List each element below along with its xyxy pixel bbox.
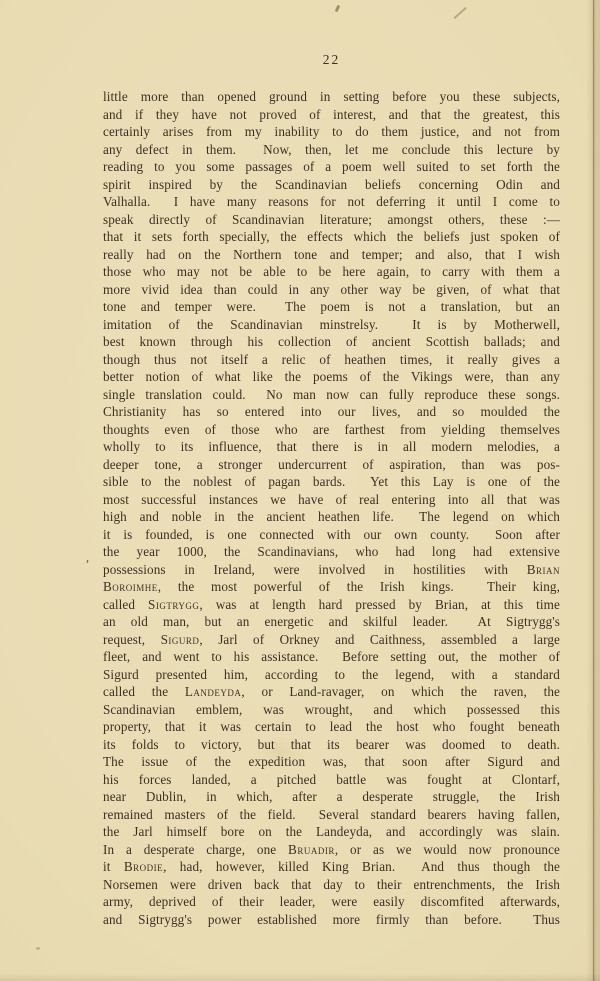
text-line: called Sigtrygg, was at length hard pres… xyxy=(103,596,560,614)
page-bottom-shadow xyxy=(0,973,600,981)
text-line: most successful instances we have of rea… xyxy=(103,491,560,509)
text-line: certainly arises from my inability to do… xyxy=(103,123,560,141)
text-line: it is founded, is one connected with our… xyxy=(103,526,560,544)
small-caps-word: Landeyda xyxy=(185,684,242,699)
text-line: an old man, but an energetic and skilful… xyxy=(103,613,560,631)
text-line: remained masters of the field. Several s… xyxy=(103,806,560,824)
small-caps-word: Brian xyxy=(527,562,560,577)
text-line: better notion of what like the poems of … xyxy=(103,368,560,386)
text-line: possessions in Ireland, were involved in… xyxy=(103,561,560,579)
text-line: property, that it was certain to lead th… xyxy=(103,718,560,736)
text-line: single translation could. No man now can… xyxy=(103,386,560,404)
text-line: those who may not be able to be here aga… xyxy=(103,263,560,281)
text-line: spirit inspired by the Scandinavian beli… xyxy=(103,176,560,194)
text-line: Christianity has so entered into our liv… xyxy=(103,403,560,421)
text-line: thoughts even of those who are farthest … xyxy=(103,421,560,439)
text-line: fleet, and went to his assistance. Befor… xyxy=(103,648,560,666)
text-line: The issue of the expedition was, that so… xyxy=(103,753,560,771)
text-line: that it sets forth specially, the effect… xyxy=(103,228,560,246)
small-caps-word: Sigtrygg xyxy=(148,597,199,612)
text-line: his forces landed, a pitched battle was … xyxy=(103,771,560,789)
text-line: Boroimhe, the most powerful of the Irish… xyxy=(103,578,560,596)
text-line: deeper tone, a stronger undercurrent of … xyxy=(103,456,560,474)
small-caps-word: Boroimhe xyxy=(103,579,158,594)
text-line: and Sigtrygg's power established more fi… xyxy=(103,911,560,929)
text-line: army, deprived of their leader, were eas… xyxy=(103,893,560,911)
text-line: high and noble in the ancient heathen li… xyxy=(103,508,560,526)
text-line: its folds to victory, but that its beare… xyxy=(103,736,560,754)
text-line: speak directly of Scandinavian literatur… xyxy=(103,211,560,229)
small-caps-word: Sigurd xyxy=(161,632,200,647)
text-line: near Dublin, in which, after a desperate… xyxy=(103,788,560,806)
text-line: it Brodie, had, however, killed King Bri… xyxy=(103,858,560,876)
text-line: Valhalla. I have many reasons for not de… xyxy=(103,193,560,211)
text-line: called the Landeyda, or Land-ravager, on… xyxy=(103,683,560,701)
book-page-edge-line xyxy=(593,0,594,981)
text-line: the year 1000, the Scandinavians, who ha… xyxy=(103,543,560,561)
ink-speck-bottom xyxy=(36,947,40,950)
text-line: any defect in them. Now, then, let me co… xyxy=(103,141,560,159)
text-line: the Jarl himself bore on the Landeyda, a… xyxy=(103,823,560,841)
page-number: 22 xyxy=(103,52,560,68)
text-line: Sigurd presented him, according to the l… xyxy=(103,666,560,684)
text-line: Scandinavian emblem, was wrought, and wh… xyxy=(103,701,560,719)
page-text: little more than opened ground in settin… xyxy=(103,88,560,928)
text-line: sible to the noblest of pagan bards. Yet… xyxy=(103,473,560,491)
text-line: really had on the Northern tone and temp… xyxy=(103,246,560,264)
text-line: best known through his collection of anc… xyxy=(103,333,560,351)
text-line: wholly to its influence, that there is i… xyxy=(103,438,560,456)
text-line: In a desperate charge, one Bruadir, or a… xyxy=(103,841,560,859)
small-caps-word: Bruadir xyxy=(288,842,335,857)
text-line: request, Sigurd, Jarl of Orkney and Cait… xyxy=(103,631,560,649)
text-line: though thus not itself a relic of heathe… xyxy=(103,351,560,369)
text-line: imitation of the Scandinavian minstrelsy… xyxy=(103,316,560,334)
text-line: reading to you some passages of a poem w… xyxy=(103,158,560,176)
small-caps-word: Brodie xyxy=(124,859,163,874)
text-line: and if they have not proved of interest,… xyxy=(103,106,560,124)
text-line: Norsemen were driven back that day to th… xyxy=(103,876,560,894)
text-line: more vivid idea than could in any other … xyxy=(103,281,560,299)
text-line: little more than opened ground in settin… xyxy=(103,88,560,106)
text-line: tone and temper were. The poem is not a … xyxy=(103,298,560,316)
